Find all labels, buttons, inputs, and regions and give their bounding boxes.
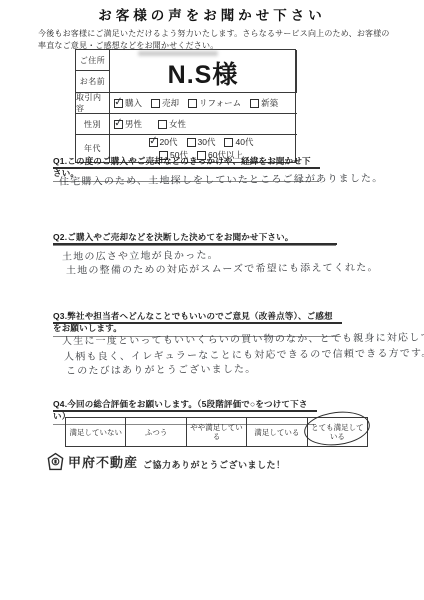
- company-name: 甲府不動産: [68, 452, 138, 471]
- checkbox-male[interactable]: [114, 120, 123, 129]
- name-value-cell: N.S様: [110, 50, 297, 93]
- transaction-options: 購入 売却 リフォーム 新築: [110, 93, 297, 114]
- question-1-rule: [53, 167, 320, 169]
- rating-cell[interactable]: ふつう: [126, 418, 186, 446]
- checkbox-female[interactable]: [158, 120, 167, 129]
- checkbox-option[interactable]: 男性: [114, 118, 142, 130]
- checkbox-age-30s[interactable]: [187, 138, 196, 147]
- question-4-rule: [53, 410, 317, 412]
- checkbox-sell[interactable]: [151, 99, 160, 108]
- question-2-answer-line2: 土地の整備のための対応がスムーズで希望にも添えてくれた。: [66, 258, 379, 276]
- checkbox-option[interactable]: 新築: [250, 97, 278, 109]
- checkbox-option[interactable]: 20代: [149, 136, 178, 148]
- question-1-answer: 住宅購入のため、土地探しをしていたところご縁がありました。: [59, 169, 384, 187]
- house-emblem-icon: [46, 452, 65, 471]
- rating-cell[interactable]: 満足している: [247, 418, 307, 446]
- name-label: お名前: [76, 71, 110, 93]
- question-2-rule: [53, 243, 337, 245]
- rating-scale-table: 満足していない ふつう やや満足している 満足している とても満足している: [65, 417, 368, 447]
- address-label: ご住所: [76, 50, 110, 71]
- question-3-answer-line3: このたびはありがとうございました。: [66, 360, 257, 377]
- question-3-rule: [53, 322, 342, 324]
- checkbox-purchase[interactable]: [114, 99, 123, 108]
- checkbox-age-40s[interactable]: [224, 138, 233, 147]
- customer-survey-sheet: お客様の声をお聞かせ下さい 今後もお客様にご満足いただけるよう努力いたします。さ…: [0, 0, 424, 600]
- checkbox-option[interactable]: 売却: [151, 97, 179, 109]
- rating-cell[interactable]: とても満足している: [308, 418, 367, 446]
- rating-cell[interactable]: やや満足している: [187, 418, 247, 446]
- checkbox-newbuild[interactable]: [250, 99, 259, 108]
- checkbox-option[interactable]: 30代: [187, 136, 216, 148]
- page-title: お客様の声をお聞かせ下さい: [0, 4, 424, 24]
- checkbox-option[interactable]: 女性: [158, 118, 186, 130]
- profile-table: ご住所 N.S様 お名前 取引内容 購入 売却 リフォーム 新築 性別 男性 女…: [75, 49, 296, 163]
- customer-name: N.S様: [168, 55, 239, 91]
- checkbox-reform[interactable]: [188, 99, 197, 108]
- thanks-text: ご協力ありがとうございました！: [143, 458, 286, 471]
- checkbox-option[interactable]: 購入: [114, 97, 142, 109]
- checkbox-option[interactable]: リフォーム: [188, 97, 241, 109]
- gender-options: 男性 女性: [110, 114, 297, 135]
- company-logo: 甲府不動産: [46, 452, 138, 471]
- gender-label: 性別: [76, 114, 110, 135]
- transaction-label: 取引内容: [76, 93, 110, 114]
- redacted-address: [138, 51, 218, 56]
- checkbox-option[interactable]: 40代: [224, 136, 253, 148]
- intro-text: 今後もお客様にご満足いただけるよう努力いたします。さらなるサービス向上のため、お…: [38, 28, 394, 51]
- rating-cell[interactable]: 満足していない: [66, 418, 126, 446]
- checkbox-age-20s[interactable]: [149, 138, 158, 147]
